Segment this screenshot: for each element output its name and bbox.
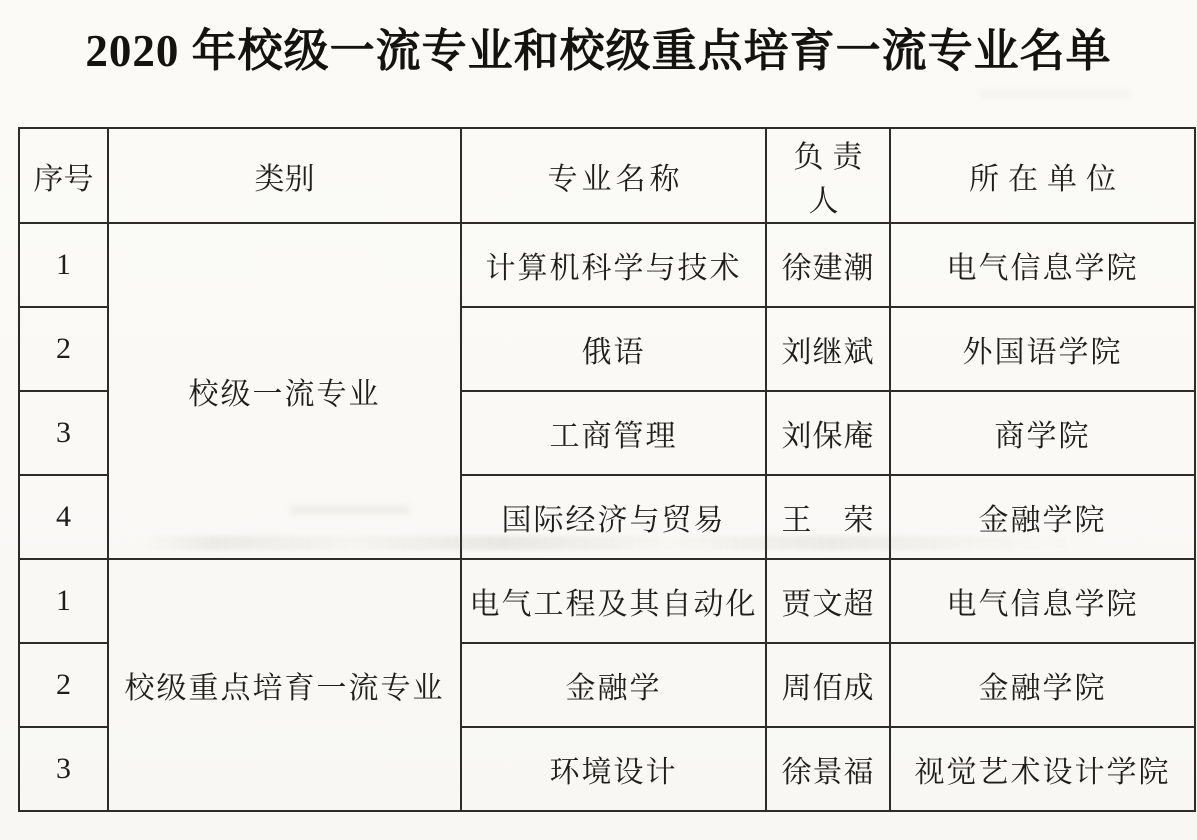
cell-major: 国际经济与贸易: [461, 475, 766, 559]
cell-category-group2: 校级重点培育一流专业: [108, 559, 461, 811]
header-row: 序号 类别 专业名称 负责人 所在单位: [19, 128, 1195, 223]
col-header-category: 类别: [108, 128, 461, 223]
cell-no: 1: [19, 559, 108, 643]
cell-no: 4: [19, 475, 108, 559]
cell-category-group1: 校级一流专业: [108, 223, 461, 559]
table-row: 1 校级重点培育一流专业 电气工程及其自动化 贾文超 电气信息学院: [19, 559, 1195, 643]
document-page: 2020 年校级一流专业和校级重点培育一流专业名单 序号 类别 专业名称 负责人…: [0, 0, 1197, 840]
cell-unit: 电气信息学院: [890, 223, 1195, 307]
cell-major: 工商管理: [461, 391, 766, 475]
cell-leader: 刘保庵: [766, 391, 890, 475]
document-title: 2020 年校级一流专业和校级重点培育一流专业名单: [0, 14, 1197, 79]
cell-unit: 商学院: [890, 391, 1195, 475]
cell-major: 计算机科学与技术: [461, 223, 766, 307]
cell-major: 金融学: [461, 643, 766, 727]
cell-no: 3: [19, 727, 108, 811]
cell-major: 环境设计: [461, 727, 766, 811]
cell-no: 2: [19, 643, 108, 727]
cell-leader: 刘继斌: [766, 307, 890, 391]
cell-unit: 视觉艺术设计学院: [890, 727, 1195, 811]
cell-leader: 徐景福: [766, 727, 890, 811]
col-header-unit: 所在单位: [890, 128, 1195, 223]
cell-leader: 周佰成: [766, 643, 890, 727]
col-header-no: 序号: [19, 128, 108, 223]
cell-major: 电气工程及其自动化: [461, 559, 766, 643]
cell-no: 3: [19, 391, 108, 475]
col-header-major: 专业名称: [461, 128, 766, 223]
cell-unit: 金融学院: [890, 643, 1195, 727]
col-header-leader: 负责人: [766, 128, 890, 223]
table-row: 1 校级一流专业 计算机科学与技术 徐建潮 电气信息学院: [19, 223, 1195, 307]
cell-leader: 王 荣: [766, 475, 890, 559]
cell-major: 俄语: [461, 307, 766, 391]
cell-no: 1: [19, 223, 108, 307]
majors-table: 序号 类别 专业名称 负责人 所在单位 1 校级一流专业 计算机科学与技术 徐建…: [18, 127, 1196, 812]
cell-unit: 电气信息学院: [890, 559, 1195, 643]
cell-no: 2: [19, 307, 108, 391]
scan-smudge: [980, 90, 1130, 98]
cell-leader: 徐建潮: [766, 223, 890, 307]
cell-unit: 金融学院: [890, 475, 1195, 559]
cell-unit: 外国语学院: [890, 307, 1195, 391]
cell-leader: 贾文超: [766, 559, 890, 643]
